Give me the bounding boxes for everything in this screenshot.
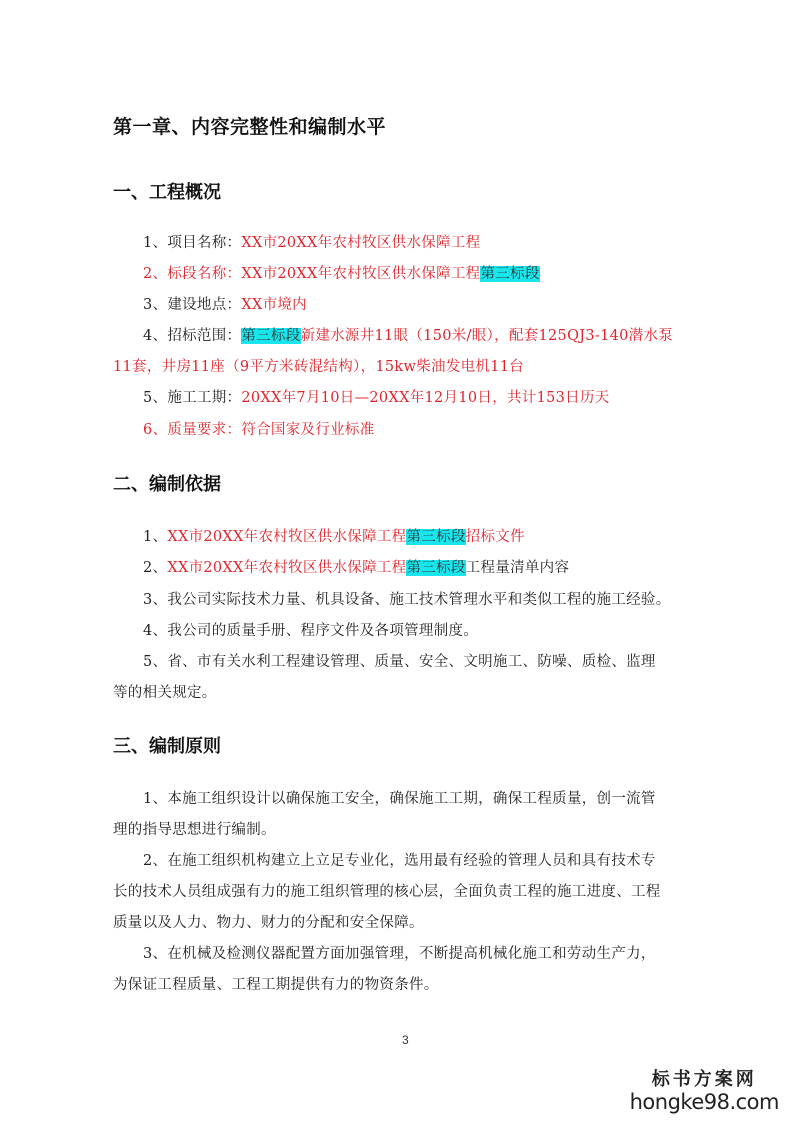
basis-item-5: 5、省、市有关水利工程建设管理、质量、安全、文明施工、防噪、质检、监理 xyxy=(143,652,656,672)
principle-item-2: 2、在施工组织机构建立上立足专业化，选用最有经验的管理人员和具有技术专 xyxy=(143,851,656,871)
item-suffix: 招标文件 xyxy=(466,529,525,545)
item-value: XX市20XX年农村牧区供水保障工程 xyxy=(167,560,406,576)
principle-item-1: 1、本施工组织设计以确保施工安全，确保施工工期，确保工程质量，创一流管 xyxy=(143,789,656,809)
watermark-cn: 标书方案网 xyxy=(630,1070,779,1090)
basis-item-4: 4、我公司的质量手册、程序文件及各项管理制度。 xyxy=(143,621,478,641)
item-label: 3、建设地点： xyxy=(143,297,241,313)
watermark-en: hongke98.com xyxy=(630,1090,779,1114)
principle-item-2-continued-2: 质量以及人力、物力、财力的分配和安全保障。 xyxy=(113,913,424,933)
item-suffix: 工程量清单内容 xyxy=(466,560,570,576)
basis-item-3: 3、我公司实际技术力量、机具设备、施工技术管理水平和类似工程的施工经验。 xyxy=(143,590,671,610)
item-label: 4、招标范围： xyxy=(143,328,241,344)
principle-item-3-continued: 为保证工程质量、工程工期提供有力的物资条件。 xyxy=(113,975,439,995)
item-value: XX市20XX年农村牧区供水保障工程 xyxy=(167,529,406,545)
item-value: XX市20XX年农村牧区供水保障工程 xyxy=(241,235,480,251)
chapter-title: 第一章、内容完整性和编制水平 xyxy=(113,112,386,139)
item-label: 2、标段名称： xyxy=(143,266,241,282)
overview-item-scope: 4、招标范围：第三标段新建水源井11眼（150米/眼），配套125QJ3-140… xyxy=(143,326,673,346)
page-number: 3 xyxy=(402,1033,409,1047)
highlighted-lot: 第三标段 xyxy=(241,328,300,344)
document-page: 第一章、内容完整性和编制水平 一、工程概况 1、项目名称：XX市20XX年农村牧… xyxy=(0,0,793,1122)
section-title-principles: 三、编制原则 xyxy=(113,732,221,758)
overview-item-scope-continued: 11套，井房11座（9平方米砖混结构），15kw柴油发电机11台 xyxy=(113,357,524,377)
item-value: XX市20XX年农村牧区供水保障工程 xyxy=(241,266,480,282)
item-label: 6、质量要求： xyxy=(143,422,241,438)
item-label: 5、施工工期： xyxy=(143,390,241,406)
basis-item-2: 2、XX市20XX年农村牧区供水保障工程第三标段工程量清单内容 xyxy=(143,558,569,578)
basis-item-1: 1、XX市20XX年农村牧区供水保障工程第三标段招标文件 xyxy=(143,527,525,547)
watermark: 标书方案网 hongke98.com xyxy=(630,1070,779,1114)
principle-item-3: 3、在机械及检测仪器配置方面加强管理，不断提高机械化施工和劳动生产力， xyxy=(143,944,656,964)
highlighted-lot: 第三标段 xyxy=(406,560,465,576)
basis-item-5-continued: 等的相关规定。 xyxy=(113,683,217,703)
overview-item-quality: 6、质量要求：符合国家及行业标准 xyxy=(143,420,375,440)
item-value: 符合国家及行业标准 xyxy=(241,422,374,438)
section-title-overview: 一、工程概况 xyxy=(113,178,221,204)
overview-item-period: 5、施工工期：20XX年7月10日—20XX年12月10日，共计153日历天 xyxy=(143,388,610,408)
principle-item-1-continued: 理的指导思想进行编制。 xyxy=(113,820,276,840)
overview-item-project-name: 1、项目名称：XX市20XX年农村牧区供水保障工程 xyxy=(143,233,480,253)
item-label: 1、项目名称： xyxy=(143,235,241,251)
overview-item-location: 3、建设地点：XX市境内 xyxy=(143,295,307,315)
highlighted-lot: 第三标段 xyxy=(480,266,539,282)
highlighted-lot: 第三标段 xyxy=(406,529,465,545)
item-value: 20XX年7月10日—20XX年12月10日，共计153日历天 xyxy=(241,390,609,406)
item-value: XX市境内 xyxy=(241,297,307,313)
item-label: 1、 xyxy=(143,529,167,545)
principle-item-2-continued: 长的技术人员组成强有力的施工组织管理的核心层，全面负责工程的施工进度、工程 xyxy=(113,882,661,902)
overview-item-lot-name: 2、标段名称：XX市20XX年农村牧区供水保障工程第三标段 xyxy=(143,264,540,284)
section-title-basis: 二、编制依据 xyxy=(113,470,221,496)
item-label: 2、 xyxy=(143,560,167,576)
item-value: 新建水源井11眼（150米/眼），配套125QJ3-140潜水泵 xyxy=(301,328,674,344)
